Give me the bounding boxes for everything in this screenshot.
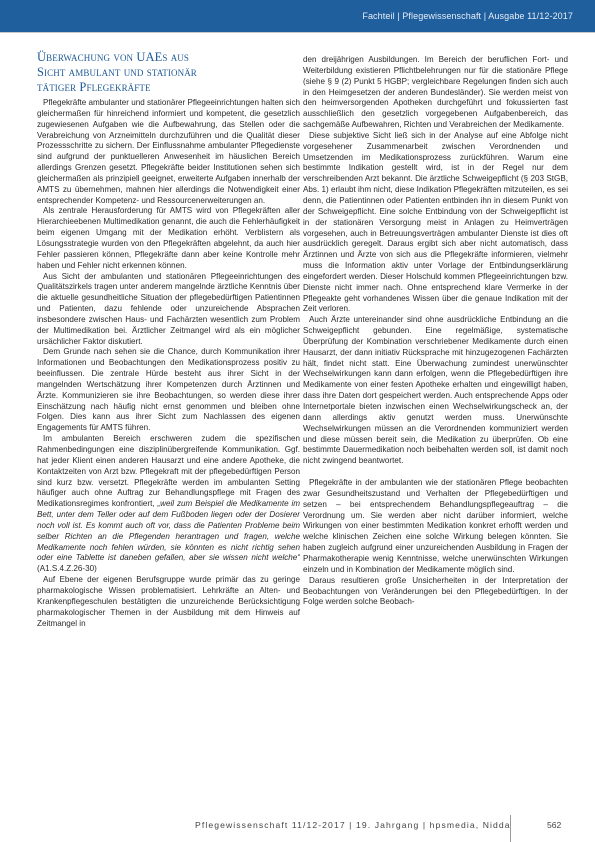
quote-citation: (A1.S.4.Z.26-30) [37,564,97,573]
footer-citation: Pflegewissenschaft 11/12-2017 | 19. Jahr… [195,820,511,830]
paragraph: Pflegekräfte ambulanter und stationärer … [37,98,300,206]
title-line-3: tätiger Pflegekräfte [37,80,151,94]
paragraph: Auch Ärzte untereinander sind ohne ausdr… [303,315,568,467]
page-number: 562 [547,820,561,830]
title-line-2: Sicht ambulant und stationär [37,65,197,79]
left-column: Überwachung von UAEs aus Sicht ambulant … [37,50,300,629]
paragraph-text: Im ambulanten Bereich erschweren zudem d… [37,434,300,508]
running-head: Fachteil | Pflegewissenschaft | Ausgabe … [362,11,573,21]
paragraph: Auf Ebene der eigenen Berufsgruppe wurde… [37,575,300,629]
paragraph: Pflegekräfte in der ambulanten wie der s… [303,478,568,576]
paragraph: Diese subjektive Sicht ließ sich in der … [303,131,568,315]
title-line-1: Überwachung von UAEs aus [37,50,189,64]
paragraph: Aus Sicht der ambulanten und stationären… [37,272,300,348]
article-title: Überwachung von UAEs aus Sicht ambulant … [37,50,300,95]
interview-quote: „weil zum Beispiel die Medikamente im Be… [37,499,300,562]
paragraph: Als zentrale Herausforderung für AMTS wi… [37,206,300,271]
paragraph: Daraus resultieren große Unsicherheiten … [303,576,568,609]
paragraph: den dreijährigen Ausbildungen. Im Bereic… [303,55,568,131]
right-column: den dreijährigen Ausbildungen. Im Bereic… [303,55,568,608]
footer: Pflegewissenschaft 11/12-2017 | 19. Jahr… [0,815,595,842]
paragraph: Dem Grunde nach sehen sie die Chance, du… [37,347,300,434]
footer-divider [510,815,511,842]
paragraph: Im ambulanten Bereich erschweren zudem d… [37,434,300,575]
header-bar: Fachteil | Pflegewissenschaft | Ausgabe … [0,0,595,33]
